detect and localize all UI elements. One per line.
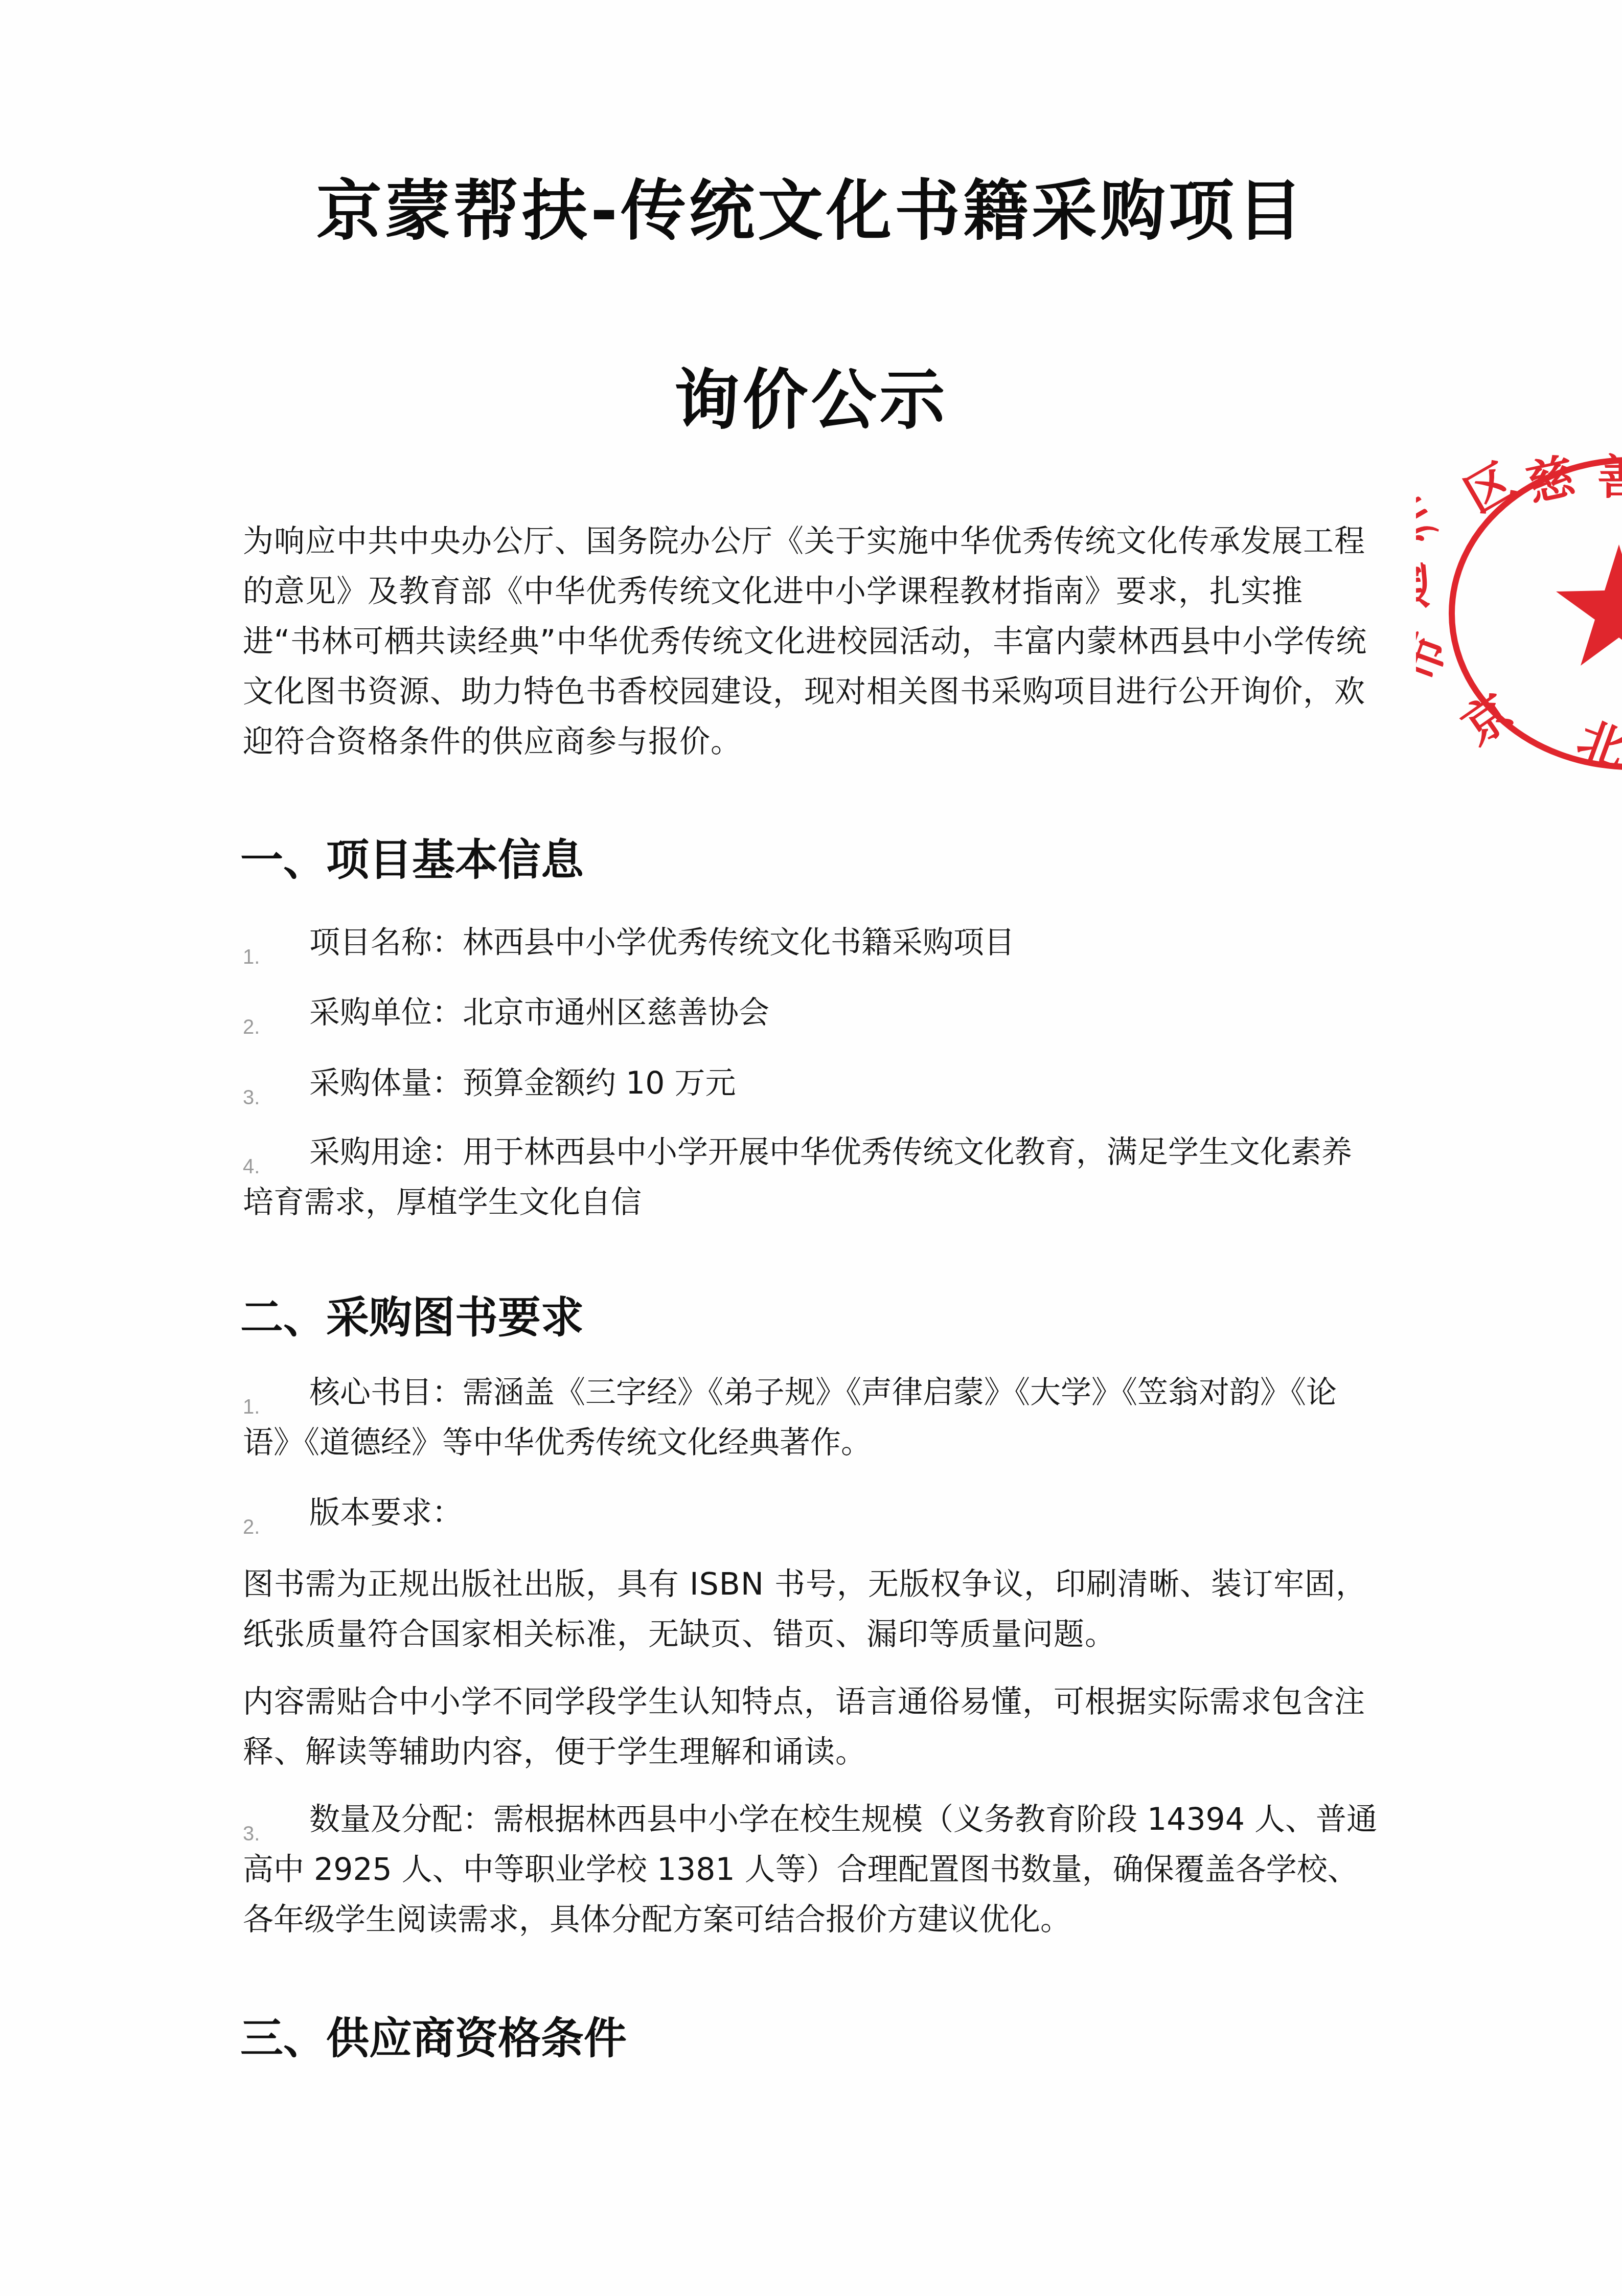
svg-text:北: 北: [1570, 711, 1622, 778]
item-text: 采购单位：北京市通州区慈善协会: [243, 988, 1378, 1038]
section-heading-book-requirements: 二、采购图书要求: [240, 1283, 584, 1345]
list-item: 2. 版本要求：: [243, 1488, 1378, 1538]
svg-text:慈: 慈: [1522, 449, 1579, 512]
item-text: 采购用途：用于林西县中小学开展中华优秀传统文化教育，满足学生文化素养培育需求，厚…: [243, 1127, 1378, 1227]
svg-text:京: 京: [1452, 684, 1522, 756]
item-number: 3.: [243, 1809, 260, 1859]
svg-text:州: 州: [1416, 488, 1446, 556]
item-number: 4.: [243, 1142, 260, 1192]
item-text: 数量及分配：需根据林西县中小学在校生规模（义务教育阶段 14394 人、普通高中…: [243, 1794, 1378, 1945]
svg-text:区: 区: [1456, 452, 1524, 524]
item-text: 核心书目：需涵盖《三字经》《弟子规》《声律启蒙》《大学》《笠翁对韵》《论语》《道…: [243, 1368, 1378, 1468]
list-item: 4. 采购用途：用于林西县中小学开展中华优秀传统文化教育，满足学生文化素养培育需…: [243, 1127, 1378, 1227]
svg-text:通: 通: [1416, 560, 1437, 612]
version-requirement-paragraph-1: 图书需为正规出版社出版，具有 ISBN 书号，无版权争议，印刷清晰、装订牢固，纸…: [243, 1559, 1378, 1660]
item-number: 2.: [243, 1002, 260, 1052]
item-number: 2.: [243, 1502, 260, 1552]
item-number: 1.: [243, 932, 260, 982]
list-item: 1. 项目名称：林西县中小学优秀传统文化书籍采购项目: [243, 918, 1378, 968]
list-item: 3. 数量及分配：需根据林西县中小学在校生规模（义务教育阶段 14394 人、普…: [243, 1794, 1378, 1945]
svg-text:善: 善: [1597, 450, 1622, 505]
document-title: 京蒙帮扶-传统文化书籍采购项目: [0, 158, 1622, 253]
item-number: 3.: [243, 1073, 260, 1123]
star-icon: [1556, 544, 1622, 666]
section-heading-supplier-qualifications: 三、供应商资格条件: [240, 2004, 627, 2066]
item-text: 采购体量：预算金额约 10 万元: [243, 1058, 1378, 1108]
list-item: 2. 采购单位：北京市通州区慈善协会: [243, 988, 1378, 1038]
document-subtitle: 询价公示: [0, 348, 1622, 442]
list-item: 3. 采购体量：预算金额约 10 万元: [243, 1058, 1378, 1108]
version-requirement-paragraph-2: 内容需贴合中小学不同学段学生认知特点，语言通俗易懂，可根据实际需求包含注释、解读…: [243, 1677, 1378, 1777]
item-text: 项目名称：林西县中小学优秀传统文化书籍采购项目: [243, 918, 1378, 968]
intro-paragraph: 为响应中共中央办公厅、国务院办公厅《关于实施中华优秀传统文化传承发展工程的意见》…: [243, 516, 1378, 767]
official-seal: 京 市 通 州 区 慈 善 北: [1416, 445, 1622, 782]
item-text: 版本要求：: [243, 1488, 1378, 1538]
section-heading-basic-info: 一、项目基本信息: [240, 826, 584, 888]
item-number: 1.: [243, 1382, 260, 1432]
list-item: 1. 核心书目：需涵盖《三字经》《弟子规》《声律启蒙》《大学》《笠翁对韵》《论语…: [243, 1368, 1378, 1468]
document-page: 京蒙帮扶-传统文化书籍采购项目 询价公示 为响应中共中央办公厅、国务院办公厅《关…: [0, 0, 1622, 2296]
